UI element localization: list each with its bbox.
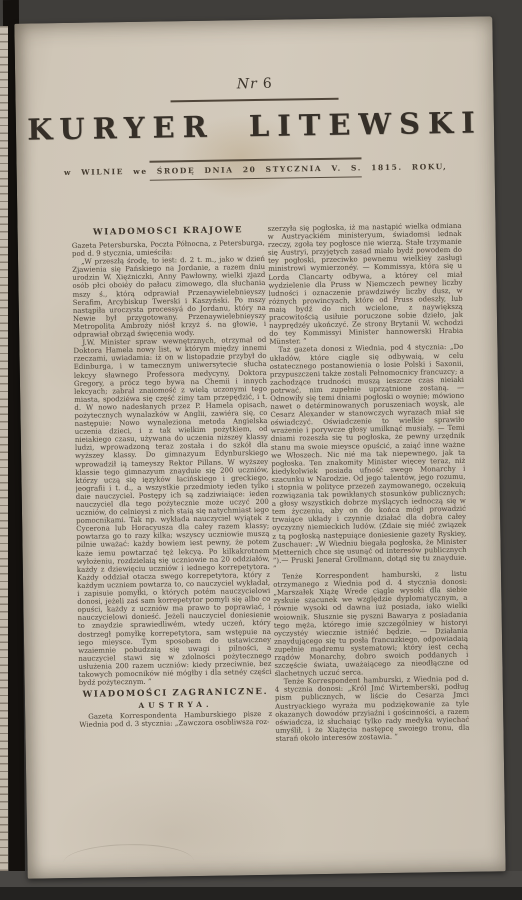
masthead-rule [171, 98, 339, 103]
adjacent-page-edge [0, 26, 8, 882]
issue-number: Nr6 [15, 72, 493, 96]
paragraph: Gazeta Korrespondenta Hamburskiego pisze… [79, 710, 272, 729]
paragraph: Taż gazeta donosi z Wiednia, pod 4 stycz… [269, 343, 467, 573]
scan-background: { "page": { "background_color": "#403e3b… [0, 0, 522, 900]
paragraph: „W przeszłą środę, to iest: d. 2 t. m., … [72, 255, 266, 339]
issue-number-label: Nr [237, 76, 258, 92]
issue-number-value: 6 [263, 76, 272, 92]
dateline-rule-top [149, 157, 361, 162]
newspaper-page: Nr6 KURYER LITEWSKI w WILNIE we ŚRODĘ DN… [14, 16, 505, 878]
newspaper-title: KURYER LITEWSKI [16, 105, 494, 147]
paragraph: szerzyła się pogłoska, iż ma nastąpić wi… [268, 222, 464, 346]
paragraph: Tenże Korrespondent hamburski, z listu o… [273, 570, 469, 678]
column-left: WIADOMOŚCI KRAJOWE Gazeta Petersburska, … [72, 225, 274, 806]
dateline: w WILNIE we ŚRODĘ DNIA 20 STYCZNIA V. S.… [17, 161, 495, 178]
paper-crease [63, 843, 194, 880]
section-heading-domestic-news: WIADOMOŚCI KRAJOWE [72, 225, 265, 239]
masthead: Nr6 KURYER LITEWSKI w WILNIE we ŚRODĘ DN… [15, 72, 495, 183]
scan-bottom-shadow [0, 887, 522, 900]
column-right: szerzyła się pogłoska, iż ma nastąpić wi… [268, 222, 471, 803]
dateline-block: w WILNIE we ŚRODĘ DNIA 20 STYCZNIA V. S.… [16, 155, 494, 183]
paragraph: J.W. Minister spraw wewnętrznych, otrzym… [73, 336, 271, 687]
subsection-heading-austria: AUSTRYA. [79, 699, 272, 711]
dateline-rule-bottom [150, 176, 362, 181]
paragraph: Tenże Korrespondent hamburski, z Wiednia… [275, 675, 470, 743]
